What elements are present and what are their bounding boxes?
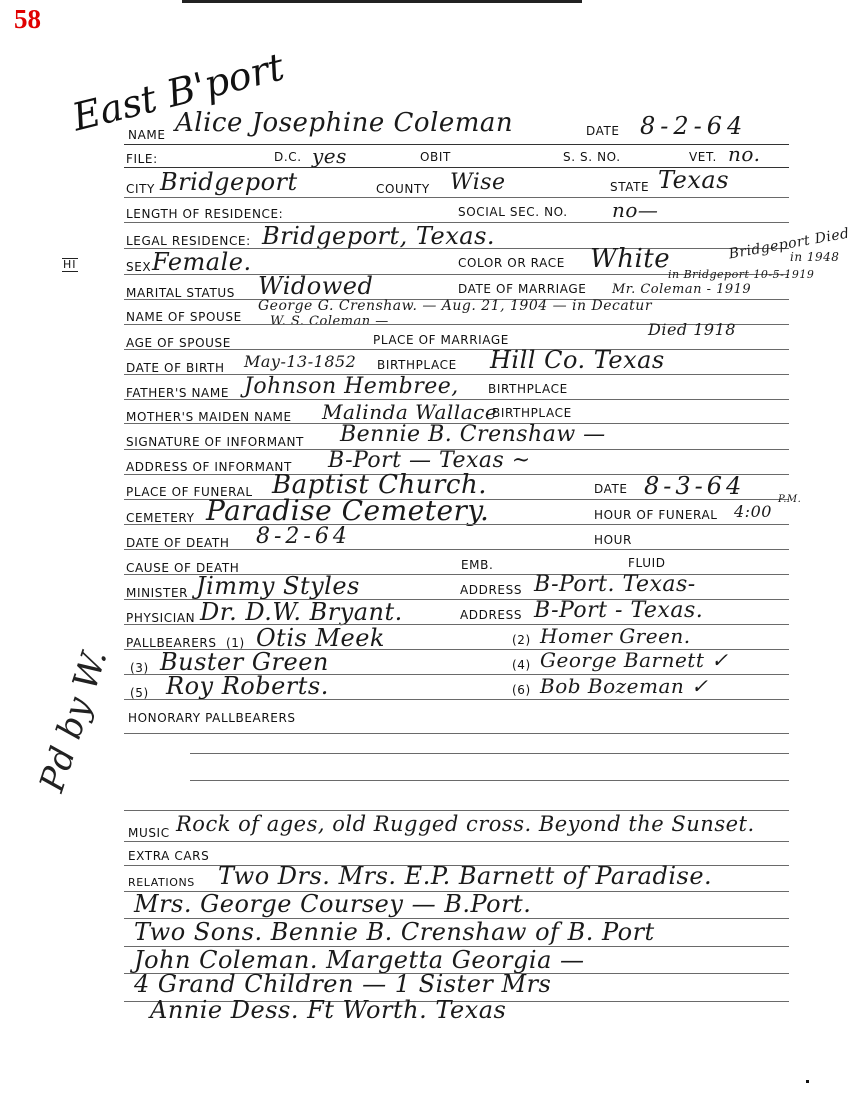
birthplace-value: Hill Co. Texas [490,346,665,374]
hour-label: HOUR [594,533,632,547]
dc-label: D.C. [274,150,302,164]
pallbearer-name: Roy Roberts. [166,672,329,700]
place-of-marriage-note: Died 1918 [648,320,736,339]
date-of-marriage-note: in Bridgeport 10-5-1919 [668,268,814,281]
date-of-marriage-value: Mr. Coleman - 1919 [612,282,751,297]
date-of-birth-value: May-13-1852 [244,352,356,371]
rule [124,810,789,811]
date-value: 8-2-64 [640,112,747,140]
rule [190,753,789,754]
fluid-label: FLUID [628,556,666,570]
page-number: 58 [14,4,41,35]
rule [124,524,789,525]
fathers-name-value: Johnson Hembree, [244,374,459,399]
cemetery-label: CEMETERY [126,511,195,525]
pallbearer-name: Bob Bozeman ✓ [540,674,708,698]
relations-label: RELATIONS [128,876,195,889]
physician-label: PHYSICIAN [126,611,195,625]
rule [190,780,789,781]
date-of-death-value: 8-2-64 [256,524,351,549]
cemetery-value: Paradise Cemetery. [206,494,489,527]
rule [124,349,789,350]
sex-label: SEX [126,260,151,274]
relations-line: Annie Dess. Ft Worth. Texas [150,996,506,1024]
pallbearer-name: Homer Green. [540,624,691,648]
mothers-maiden-name-label: MOTHER'S MAIDEN NAME [126,410,292,424]
birthplace-label: BIRTHPLACE [377,358,457,372]
marital-status-value: Widowed [258,272,373,300]
physician-address-label: ADDRESS [460,608,522,622]
marital-status-label: MARITAL STATUS [126,286,235,300]
music-label: MUSIC [128,826,170,840]
fathers-name-label: FATHER'S NAME [126,386,229,400]
age-of-spouse-label: AGE OF SPOUSE [126,336,231,350]
music-value: Rock of ages, old Rugged cross. Beyond t… [176,812,755,836]
legal-residence-label: LEGAL RESIDENCE: [126,234,251,248]
physician-address-value: B-Port - Texas. [534,598,703,623]
dc-value: yes [312,144,347,168]
pallbearer-num: (4) [512,658,531,672]
obit-label: OBIT [420,150,451,164]
minister-value: Jimmy Styles [196,572,360,600]
social-sec-value: no— [612,198,658,222]
legal-residence-value: Bridgeport, Texas. [262,222,495,250]
pallbearer-name: George Barnett ✓ [540,648,729,672]
pallbearer-num: (5) [130,686,149,700]
pallbearer-num: (2) [512,633,531,647]
name-label: NAME [128,128,166,142]
funeral-date-value: 8-3-64 [644,472,745,500]
date-label: DATE [586,124,620,138]
extra-cars-label: EXTRA CARS [128,849,209,863]
place-of-marriage-label: PLACE OF MARRIAGE [373,333,509,347]
city-label: CITY [126,182,155,196]
relations-line: Two Sons. Bennie B. Crenshaw of B. Port [134,918,655,946]
name-of-spouse-label: NAME OF SPOUSE [126,310,242,324]
minister-address-value: B-Port. Texas- [534,572,696,597]
minister-label: MINISTER [126,586,188,600]
funeral-date-label: DATE [594,482,628,496]
rule [124,197,789,198]
rule [124,144,789,145]
sex-value: Female. [152,248,252,276]
pallbearer-num: (6) [512,683,531,697]
color-note-line2: in 1948 [790,250,839,264]
date-of-birth-label: DATE OF BIRTH [126,361,225,375]
length-of-residence-label: LENGTH OF RESIDENCE: [126,207,283,221]
relations-line: 4 Grand Children — 1 Sister Mrs [134,970,551,998]
scan-edge [182,0,582,3]
rule [124,841,789,842]
father-birthplace-label: BIRTHPLACE [488,382,568,396]
date-of-marriage-label: DATE OF MARRIAGE [458,282,586,296]
date-of-death-label: DATE OF DEATH [126,536,229,550]
address-of-informant-label: ADDRESS OF INFORMANT [126,460,292,474]
color-race-label: COLOR OR RACE [458,256,565,270]
hi-mark: HI [62,258,78,272]
file-label: FILE: [126,152,158,166]
mother-birthplace-label: BIRTHPLACE [492,406,572,420]
ss-no-label: S. S. NO. [563,150,621,164]
rule [124,699,789,700]
state-value: Texas [658,166,729,194]
minister-address-label: ADDRESS [460,583,522,597]
pallbearer-num: (3) [130,661,149,675]
vet-value: no. [728,142,760,166]
vet-label: VET. [689,150,717,164]
emb-label: EMB. [461,558,493,572]
relations-line: Mrs. George Coursey — B.Port. [134,890,531,918]
rule [124,549,789,550]
mothers-maiden-name-value: Malinda Wallace [322,400,497,424]
physician-value: Dr. D.W. Bryant. [200,598,403,626]
hour-of-funeral-suffix: P.M. [778,494,801,505]
rule [124,733,789,734]
name-value: Alice Josephine Coleman [175,108,513,138]
scan-speck [806,1080,809,1083]
hour-of-funeral-value: 4:00 [734,502,772,521]
color-race-value: White [590,244,670,274]
city-value: Bridgeport [160,168,298,196]
county-value: Wise [450,170,506,195]
hour-of-funeral-label: HOUR OF FUNERAL [594,508,718,522]
relations-line: Two Drs. Mrs. E.P. Barnett of Paradise. [218,862,712,890]
signature-of-informant-value: Bennie B. Crenshaw — [340,422,606,447]
honorary-pallbearers-label: HONORARY PALLBEARERS [128,711,296,725]
social-sec-label: SOCIAL SEC. NO. [458,205,568,219]
spouse-value-line1: George G. Crenshaw. — Aug. 21, 1904 — in… [258,298,652,314]
county-label: COUNTY [376,182,430,196]
state-label: STATE [610,180,649,194]
spouse-value-line2: W. S. Coleman — [270,314,389,329]
signature-of-informant-label: SIGNATURE OF INFORMANT [126,435,304,449]
